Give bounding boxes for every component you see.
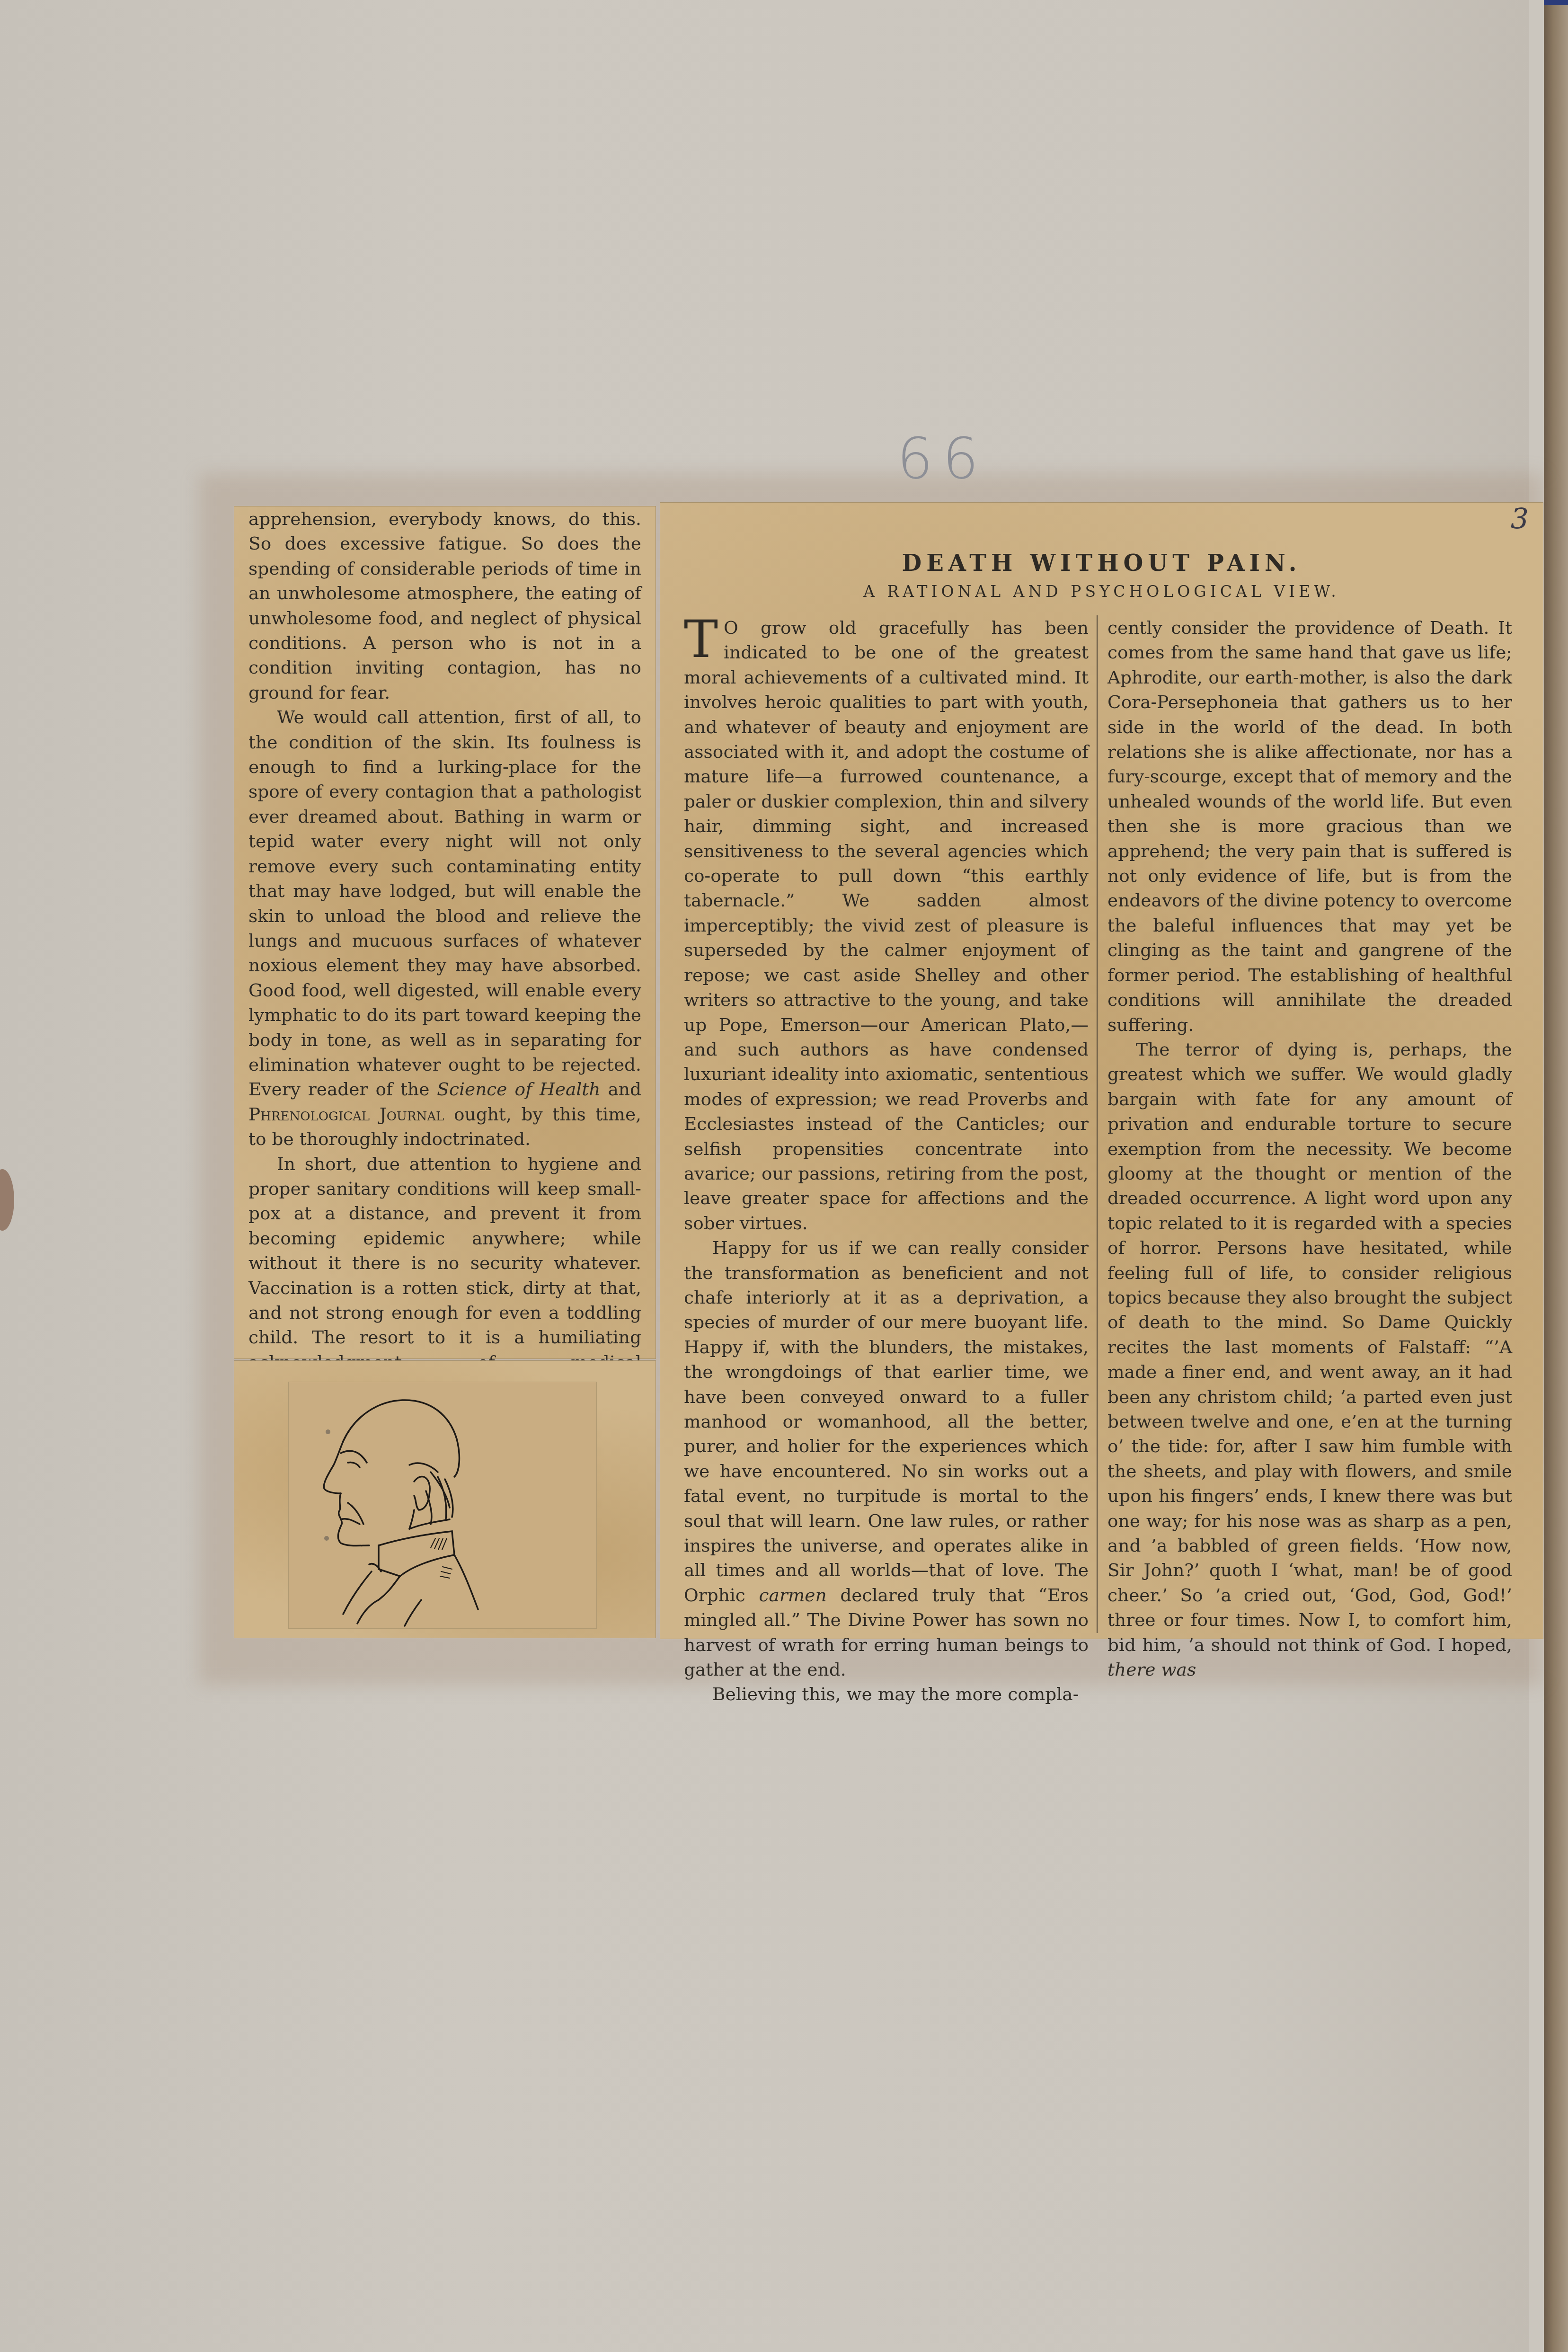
phrenological-journal-ref: Phrenological Journal: [248, 1104, 444, 1125]
pencil-page-number: 66: [897, 426, 988, 492]
science-of-health-ref: Science of Health: [437, 1079, 600, 1100]
article-title: DEATH WITHOUT PAIN.: [660, 550, 1543, 577]
book-spine-edge: [1544, 0, 1568, 2352]
corner-number-mark: 3: [1511, 503, 1529, 536]
article-column-1: TO grow old gracefully has been indicate…: [684, 615, 1089, 1707]
article-paragraph-2: Happy for us if we can really consider t…: [684, 1235, 1089, 1682]
column-rule: [1097, 615, 1098, 1633]
carmen-italic: carmen: [759, 1585, 826, 1606]
portrait-engraving: [289, 1382, 596, 1628]
article-paragraph-3-cont: cently consider the providence of Death.…: [1107, 615, 1512, 1037]
portrait-clipping: [234, 1361, 656, 1638]
left-paragraph-1: apprehension, everybody knows, do this. …: [248, 506, 641, 705]
article-clipping: 3 DEATH WITHOUT PAIN. A RATIONAL AND PSY…: [660, 503, 1543, 1639]
article-paragraph-4: The terror of dying is, perhaps, the gre…: [1107, 1037, 1512, 1682]
there-was-italic: there was: [1107, 1659, 1196, 1680]
article-subtitle: A RATIONAL AND PSYCHOLOGICAL VIEW.: [660, 582, 1543, 601]
left-column-clipping: apprehension, everybody knows, do this. …: [234, 506, 656, 1358]
article-paragraph-1: TO grow old gracefully has been indicate…: [684, 615, 1089, 1235]
cover-edge: [1544, 0, 1568, 5]
left-paragraph-2: We would call attention, first of all, t…: [248, 705, 641, 1151]
left-column-text: apprehension, everybody knows, do this. …: [248, 506, 641, 1401]
drop-cap: T: [684, 618, 718, 662]
article-paragraph-3: Believing this, we may the more compla-: [684, 1682, 1089, 1706]
article-column-2: cently consider the providence of Death.…: [1107, 615, 1512, 1682]
profile-portrait-icon: [289, 1382, 596, 1628]
